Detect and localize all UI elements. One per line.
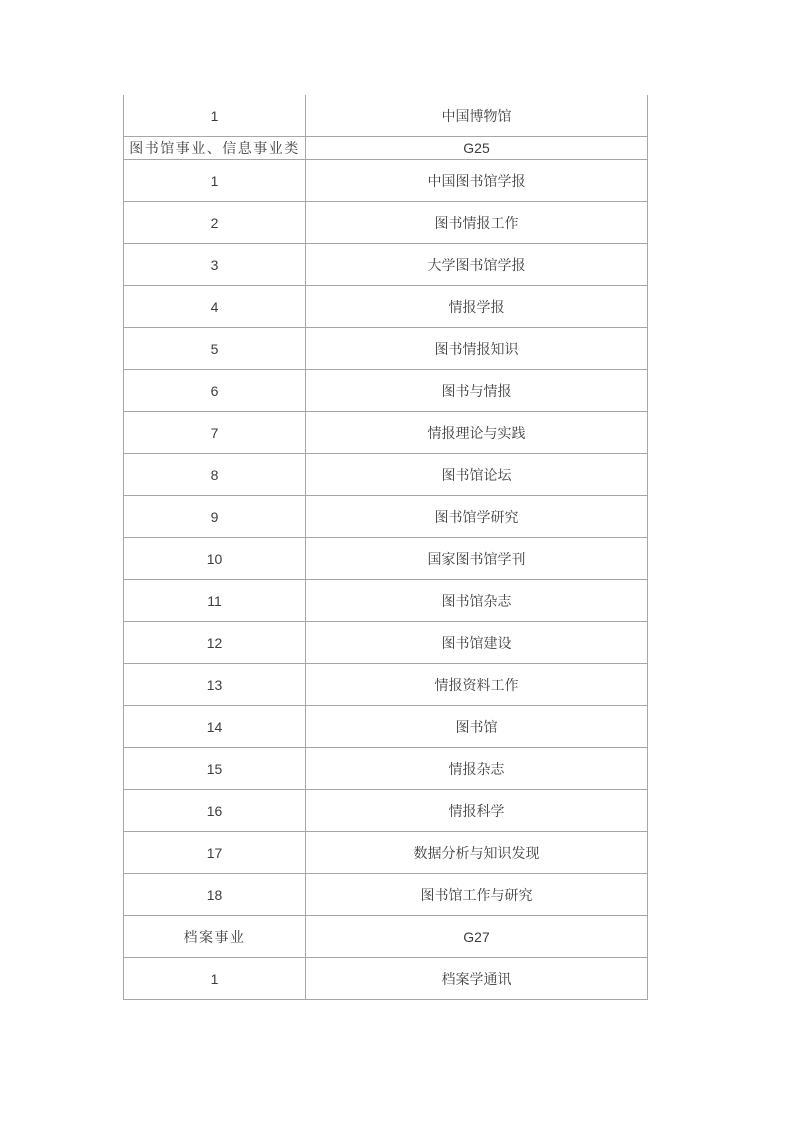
journal-name-cell: 中国图书馆学报 xyxy=(306,160,648,202)
row-number-cell: 12 xyxy=(124,622,306,664)
journal-name-cell: 国家图书馆学刊 xyxy=(306,538,648,580)
journal-name-cell: 图书馆学研究 xyxy=(306,496,648,538)
journal-table-body: 1中国博物馆图书馆事业、信息事业类G251中国图书馆学报2图书情报工作3大学图书… xyxy=(124,95,648,1000)
journal-name-cell: 图书与情报 xyxy=(306,370,648,412)
row-number-cell: 17 xyxy=(124,832,306,874)
row-number-cell: 8 xyxy=(124,454,306,496)
table-row: 15情报杂志 xyxy=(124,748,648,790)
category-label-cell: 档案事业 xyxy=(124,916,306,958)
journal-name-cell: 图书情报知识 xyxy=(306,328,648,370)
table-row: 5图书情报知识 xyxy=(124,328,648,370)
journal-name-cell: 中国博物馆 xyxy=(306,95,648,137)
row-number-cell: 6 xyxy=(124,370,306,412)
table-row: 1档案学通讯 xyxy=(124,958,648,1000)
journal-table: 1中国博物馆图书馆事业、信息事业类G251中国图书馆学报2图书情报工作3大学图书… xyxy=(123,95,648,1000)
category-row: 档案事业G27 xyxy=(124,916,648,958)
table-row: 12图书馆建设 xyxy=(124,622,648,664)
table-row: 3大学图书馆学报 xyxy=(124,244,648,286)
journal-name-cell: 情报学报 xyxy=(306,286,648,328)
table-row: 10国家图书馆学刊 xyxy=(124,538,648,580)
journal-name-cell: 大学图书馆学报 xyxy=(306,244,648,286)
journal-name-cell: 图书馆建设 xyxy=(306,622,648,664)
row-number-cell: 2 xyxy=(124,202,306,244)
table-row: 13情报资料工作 xyxy=(124,664,648,706)
table-row: 1中国博物馆 xyxy=(124,95,648,137)
row-number-cell: 3 xyxy=(124,244,306,286)
row-number-cell: 9 xyxy=(124,496,306,538)
row-number-cell: 1 xyxy=(124,95,306,137)
journal-name-cell: 图书情报工作 xyxy=(306,202,648,244)
row-number-cell: 1 xyxy=(124,958,306,1000)
row-number-cell: 14 xyxy=(124,706,306,748)
row-number-cell: 1 xyxy=(124,160,306,202)
category-label-cell: 图书馆事业、信息事业类 xyxy=(124,137,306,160)
journal-name-cell: 数据分析与知识发现 xyxy=(306,832,648,874)
journal-name-cell: 图书馆杂志 xyxy=(306,580,648,622)
journal-name-cell: 图书馆工作与研究 xyxy=(306,874,648,916)
table-row: 11图书馆杂志 xyxy=(124,580,648,622)
row-number-cell: 16 xyxy=(124,790,306,832)
row-number-cell: 7 xyxy=(124,412,306,454)
row-number-cell: 10 xyxy=(124,538,306,580)
table-row: 14图书馆 xyxy=(124,706,648,748)
row-number-cell: 18 xyxy=(124,874,306,916)
document-page: 1中国博物馆图书馆事业、信息事业类G251中国图书馆学报2图书情报工作3大学图书… xyxy=(0,0,793,1122)
table-row: 9图书馆学研究 xyxy=(124,496,648,538)
table-row: 4情报学报 xyxy=(124,286,648,328)
category-row: 图书馆事业、信息事业类G25 xyxy=(124,137,648,160)
row-number-cell: 11 xyxy=(124,580,306,622)
journal-name-cell: 档案学通讯 xyxy=(306,958,648,1000)
table-row: 16情报科学 xyxy=(124,790,648,832)
table-row: 7情报理论与实践 xyxy=(124,412,648,454)
journal-name-cell: 情报科学 xyxy=(306,790,648,832)
row-number-cell: 4 xyxy=(124,286,306,328)
category-code-cell: G25 xyxy=(306,137,648,160)
table-row: 8图书馆论坛 xyxy=(124,454,648,496)
row-number-cell: 5 xyxy=(124,328,306,370)
table-row: 17数据分析与知识发现 xyxy=(124,832,648,874)
journal-name-cell: 情报理论与实践 xyxy=(306,412,648,454)
journal-name-cell: 情报杂志 xyxy=(306,748,648,790)
journal-name-cell: 图书馆 xyxy=(306,706,648,748)
table-row: 2图书情报工作 xyxy=(124,202,648,244)
journal-name-cell: 情报资料工作 xyxy=(306,664,648,706)
journal-name-cell: 图书馆论坛 xyxy=(306,454,648,496)
table-row: 1中国图书馆学报 xyxy=(124,160,648,202)
table-row: 18图书馆工作与研究 xyxy=(124,874,648,916)
table-row: 6图书与情报 xyxy=(124,370,648,412)
row-number-cell: 13 xyxy=(124,664,306,706)
row-number-cell: 15 xyxy=(124,748,306,790)
category-code-cell: G27 xyxy=(306,916,648,958)
